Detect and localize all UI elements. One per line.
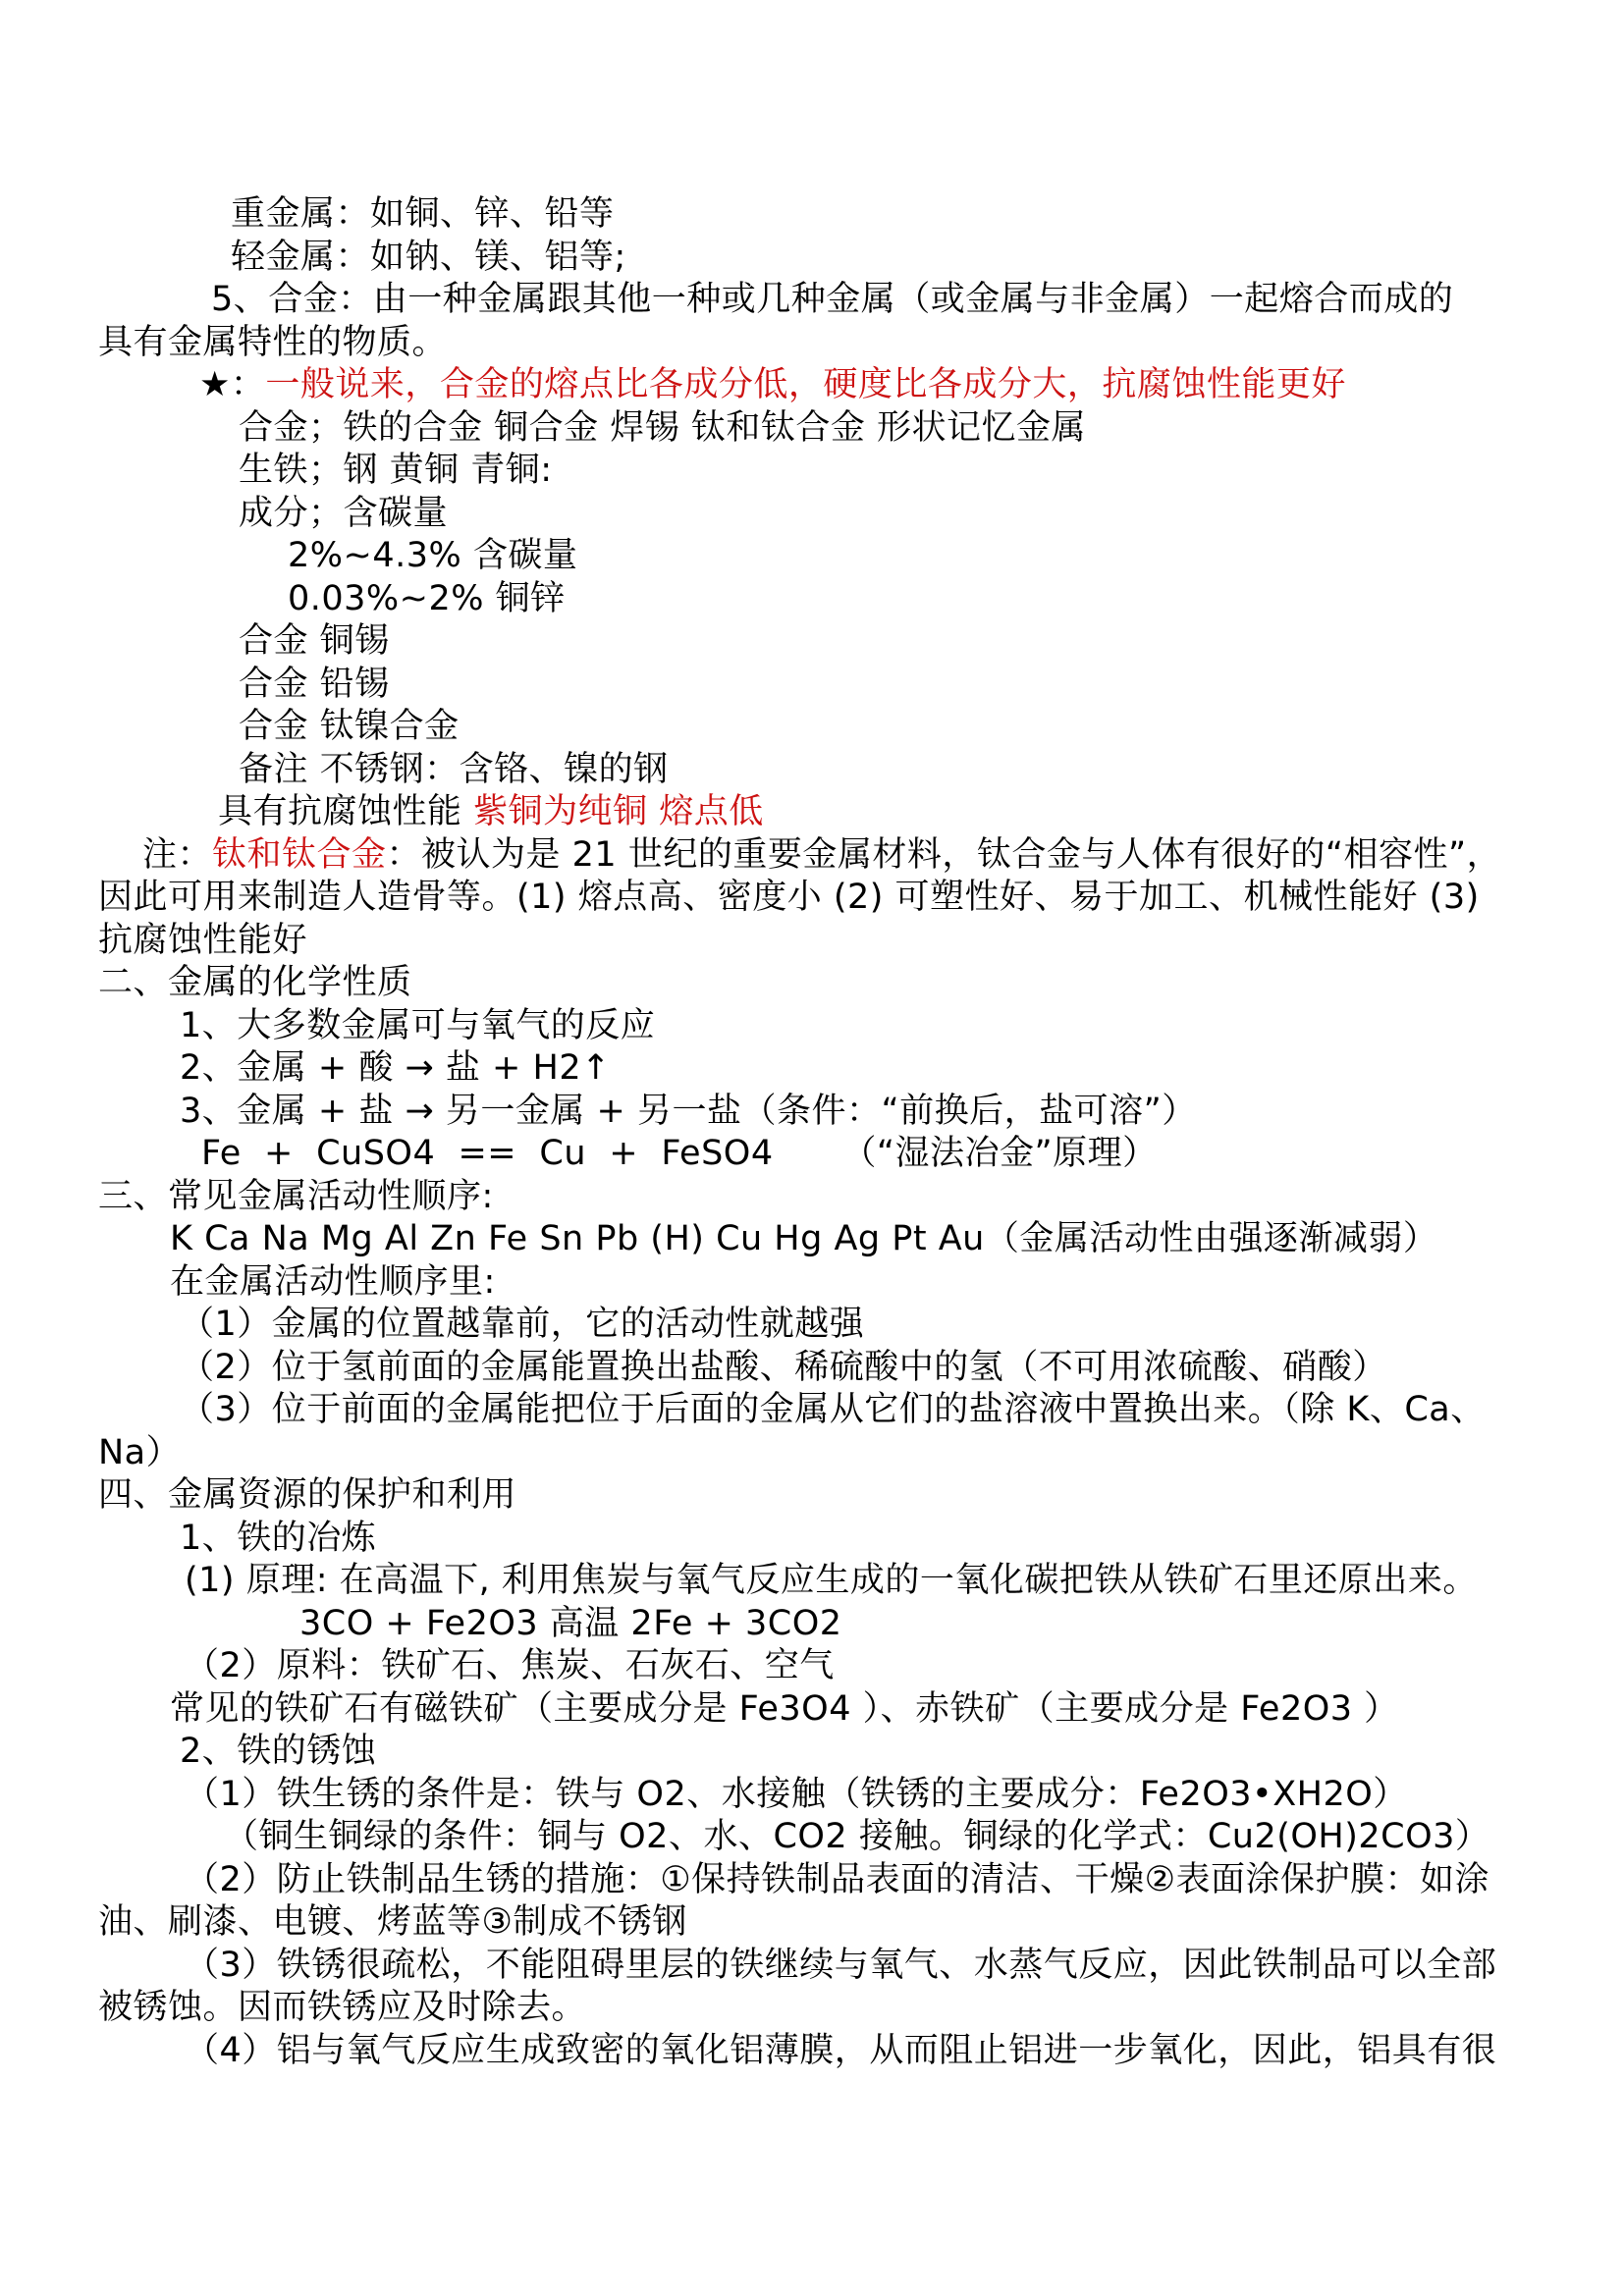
text-line: 合金 铅锡 xyxy=(98,664,1575,707)
text-segment: 0.03%~2% 铜锌 xyxy=(288,579,566,618)
text-segment: 油、刷漆、电镀、烤蓝等③制成不锈钢 xyxy=(98,1902,687,1942)
text-segment: 合金 铅锡 xyxy=(239,665,390,704)
text-segment: 重金属：如铜、锌、铅等 xyxy=(231,194,615,234)
text-segment: 生铁；钢 黄铜 青铜: xyxy=(239,451,553,490)
text-segment: 注： xyxy=(142,835,212,875)
text-line: 被锈蚀。因而铁锈应及时除去。 xyxy=(98,1987,1575,2030)
text-segment: Fe + CuSO4 == Cu + FeSO4 （“湿法冶金”原理） xyxy=(201,1134,1158,1173)
text-line: 3、金属 + 盐 → 另一金属 + 另一盐（条件：“前换后，盐可溶”） xyxy=(98,1091,1575,1134)
text-line: 2%~4.3% 含碳量 xyxy=(98,535,1575,578)
text-line: （1）金属的位置越靠前，它的活动性就越强 xyxy=(98,1304,1575,1347)
text-line: 三、常见金属活动性顺序: xyxy=(98,1176,1575,1219)
text-line: （4）铝与氧气反应生成致密的氧化铝薄膜，从而阻止铝进一步氧化，因此，铝具有很 xyxy=(98,2030,1575,2073)
highlighted-text: 钛和钛合金 xyxy=(212,835,387,875)
text-line: 1、铁的冶炼 xyxy=(98,1518,1575,1561)
text-line: 合金 铜锡 xyxy=(98,620,1575,664)
text-line: 具有抗腐蚀性能 紫铜为纯铜 熔点低 xyxy=(98,791,1575,834)
text-segment: （4）铝与氧气反应生成致密的氧化铝薄膜，从而阻止铝进一步氧化，因此，铝具有很 xyxy=(185,2031,1496,2070)
text-line: 具有金属特性的物质。 xyxy=(98,322,1575,365)
text-segment: (1) 原理: 在高温下, 利用焦炭与氧气反应生成的一氧化碳把铁从铁矿石里还原出… xyxy=(185,1561,1478,1600)
text-line: （铜生铜绿的条件：铜与 O2、水、CO2 接触。铜绿的化学式：Cu2(OH)2C… xyxy=(98,1816,1575,1859)
text-segment: 合金 铜锡 xyxy=(239,621,390,661)
text-segment: （2）原料：铁矿石、焦炭、石灰石、空气 xyxy=(185,1646,835,1685)
text-line: （2）位于氢前面的金属能置换出盐酸、稀硫酸中的氢（不可用浓硫酸、硝酸） xyxy=(98,1347,1575,1390)
text-segment: 2、金属 + 酸 → 盐 + H2↑ xyxy=(180,1048,611,1088)
text-line: 生铁；钢 黄铜 青铜: xyxy=(98,450,1575,493)
text-segment: 备注 不锈钢：含铬、镍的钢 xyxy=(239,750,669,789)
text-line: 1、大多数金属可与氧气的反应 xyxy=(98,1005,1575,1048)
text-line: Fe + CuSO4 == Cu + FeSO4 （“湿法冶金”原理） xyxy=(98,1133,1575,1176)
text-line: 3CO + Fe2O3 高温 2Fe + 3CO2 xyxy=(98,1603,1575,1646)
text-segment: 抗腐蚀性能好 xyxy=(98,921,307,960)
text-line: 2、铁的锈蚀 xyxy=(98,1731,1575,1774)
document-body: 重金属：如铜、锌、铅等轻金属：如钠、镁、铝等;5、合金：由一种金属跟其他一种或几… xyxy=(98,193,1575,2072)
text-segment: 5、合金：由一种金属跟其他一种或几种金属（或金属与非金属）一起熔合而成的 xyxy=(211,280,1453,319)
text-line: 0.03%~2% 铜锌 xyxy=(98,578,1575,621)
text-segment: 2、铁的锈蚀 xyxy=(180,1732,376,1771)
text-segment: 轻金属：如钠、镁、铝等; xyxy=(231,238,626,277)
highlighted-text: 一般说来，合金的熔点比各成分低，硬度比各成分大，抗腐蚀性能更好 xyxy=(265,365,1346,404)
highlighted-text: 紫铜为纯铜 熔点低 xyxy=(473,792,764,831)
text-segment: ★： xyxy=(199,365,265,404)
text-line: 成分；含碳量 xyxy=(98,493,1575,536)
text-segment: 常见的铁矿石有磁铁矿（主要成分是 Fe3O4 ）、赤铁矿（主要成分是 Fe2O3… xyxy=(170,1689,1399,1729)
text-segment: 因此可用来制造人造骨等。(1) 熔点高、密度小 (2) 可塑性好、易于加工、机械… xyxy=(98,878,1480,917)
text-line: Na） xyxy=(98,1432,1575,1475)
text-line: （1）铁生锈的条件是：铁与 O2、水接触（铁锈的主要成分：Fe2O3•XH2O） xyxy=(98,1774,1575,1817)
text-segment: 四、金属资源的保护和利用 xyxy=(98,1475,516,1515)
text-segment: （3）铁锈很疏松，不能阻碍里层的铁继续与氧气、水蒸气反应，因此铁制品可以全部 xyxy=(185,1946,1496,1985)
text-segment: 在金属活动性顺序里: xyxy=(170,1262,496,1302)
text-line: 因此可用来制造人造骨等。(1) 熔点高、密度小 (2) 可塑性好、易于加工、机械… xyxy=(98,877,1575,920)
text-segment: 1、大多数金属可与氧气的反应 xyxy=(180,1006,655,1045)
text-segment: （1）金属的位置越靠前，它的活动性就越强 xyxy=(180,1305,864,1344)
text-segment: 具有金属特性的物质。 xyxy=(98,323,447,362)
text-line: 二、金属的化学性质 xyxy=(98,962,1575,1005)
text-segment: 合金 钛镍合金 xyxy=(239,707,460,746)
text-line: 四、金属资源的保护和利用 xyxy=(98,1474,1575,1518)
text-line: K Ca Na Mg Al Zn Fe Sn Pb (H) Cu Hg Ag P… xyxy=(98,1218,1575,1261)
text-segment: 被锈蚀。因而铁锈应及时除去。 xyxy=(98,1988,586,2027)
text-segment: 2%~4.3% 含碳量 xyxy=(288,536,577,575)
text-segment: 合金；铁的合金 铜合金 焊锡 钛和钛合金 形状记忆金属 xyxy=(239,408,1086,448)
text-segment: （1）铁生锈的条件是：铁与 O2、水接触（铁锈的主要成分：Fe2O3•XH2O） xyxy=(185,1775,1408,1814)
text-line: 注：钛和钛合金：被认为是 21 世纪的重要金属材料，钛合金与人体有很好的“相容性… xyxy=(98,834,1575,878)
text-line: （3）铁锈很疏松，不能阻碍里层的铁继续与氧气、水蒸气反应，因此铁制品可以全部 xyxy=(98,1945,1575,1988)
text-segment: 3CO + Fe2O3 高温 2Fe + 3CO2 xyxy=(299,1604,842,1643)
text-line: （2）原料：铁矿石、焦炭、石灰石、空气 xyxy=(98,1645,1575,1688)
text-segment: ：被认为是 21 世纪的重要金属材料，钛合金与人体有很好的“相容性”， xyxy=(387,835,1502,875)
text-segment: （铜生铜绿的条件：铜与 O2、水、CO2 接触。铜绿的化学式：Cu2(OH)2C… xyxy=(224,1817,1489,1856)
text-line: 2、金属 + 酸 → 盐 + H2↑ xyxy=(98,1047,1575,1091)
text-line: 重金属：如铜、锌、铅等 xyxy=(98,193,1575,237)
text-segment: （2）防止铁制品生锈的措施：①保持铁制品表面的清洁、干燥②表面涂保护膜：如涂 xyxy=(185,1860,1489,1899)
text-line: （3）位于前面的金属能把位于后面的金属从它们的盐溶液中置换出来。（除 K、Ca、 xyxy=(98,1389,1575,1432)
text-line: 备注 不锈钢：含铬、镍的钢 xyxy=(98,749,1575,792)
text-line: 油、刷漆、电镀、烤蓝等③制成不锈钢 xyxy=(98,1901,1575,1945)
text-line: （2）防止铁制品生锈的措施：①保持铁制品表面的清洁、干燥②表面涂保护膜：如涂 xyxy=(98,1859,1575,1902)
text-line: 抗腐蚀性能好 xyxy=(98,920,1575,963)
text-segment: 二、金属的化学性质 xyxy=(98,963,412,1002)
text-segment: （2）位于氢前面的金属能置换出盐酸、稀硫酸中的氢（不可用浓硫酸、硝酸） xyxy=(180,1348,1387,1387)
text-line: 5、合金：由一种金属跟其他一种或几种金属（或金属与非金属）一起熔合而成的 xyxy=(98,279,1575,322)
text-segment: 具有抗腐蚀性能 xyxy=(218,792,473,831)
text-segment: 1、铁的冶炼 xyxy=(180,1519,376,1558)
text-line: 常见的铁矿石有磁铁矿（主要成分是 Fe3O4 ）、赤铁矿（主要成分是 Fe2O3… xyxy=(98,1688,1575,1732)
text-segment: Na） xyxy=(98,1433,181,1472)
text-line: ★：一般说来，合金的熔点比各成分低，硬度比各成分大，抗腐蚀性能更好 xyxy=(98,364,1575,407)
text-line: 合金 钛镍合金 xyxy=(98,706,1575,749)
text-line: 在金属活动性顺序里: xyxy=(98,1261,1575,1305)
text-line: 轻金属：如钠、镁、铝等; xyxy=(98,237,1575,280)
text-segment: 三、常见金属活动性顺序: xyxy=(98,1177,494,1216)
text-segment: （3）位于前面的金属能把位于后面的金属从它们的盐溶液中置换出来。（除 K、Ca、 xyxy=(180,1390,1486,1429)
text-line: (1) 原理: 在高温下, 利用焦炭与氧气反应生成的一氧化碳把铁从铁矿石里还原出… xyxy=(98,1560,1575,1603)
text-segment: K Ca Na Mg Al Zn Fe Sn Pb (H) Cu Hg Ag P… xyxy=(170,1219,1437,1258)
text-line: 合金；铁的合金 铜合金 焊锡 钛和钛合金 形状记忆金属 xyxy=(98,407,1575,451)
text-segment: 成分；含碳量 xyxy=(239,494,448,533)
text-segment: 3、金属 + 盐 → 另一金属 + 另一盐（条件：“前换后，盐可溶”） xyxy=(180,1092,1197,1131)
